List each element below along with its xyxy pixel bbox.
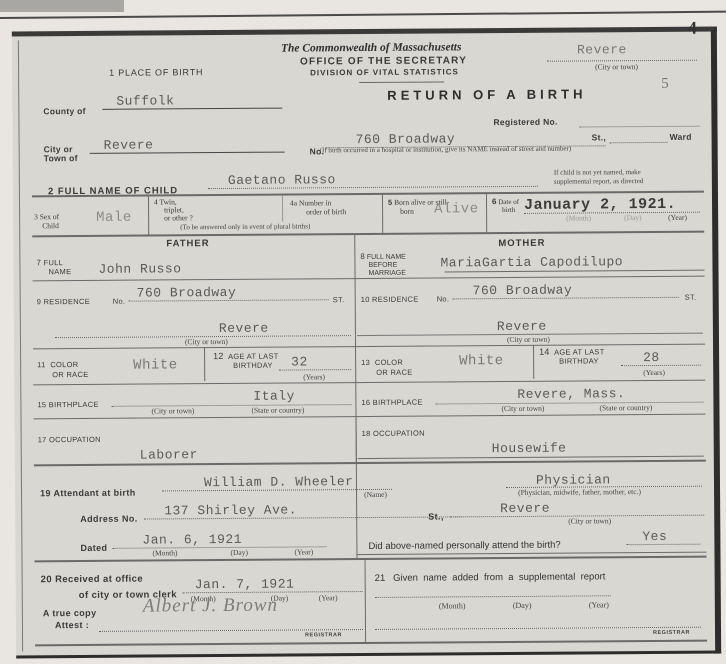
ward-label: Ward <box>670 132 692 142</box>
mother-age-num: 14 <box>539 347 550 357</box>
supplemental-caption-day: (Day) <box>513 601 532 610</box>
mother-age-label: 14 AGE AT LAST BIRTHDAY <box>539 347 605 365</box>
mother-name-label-2: BEFORE <box>360 262 397 269</box>
dated-caption-year: (Year) <box>294 547 313 556</box>
dob-label-text-1: Date of <box>498 198 519 206</box>
dated-label: Dated <box>80 543 107 553</box>
father-birthplace-city-caption: (City or town) <box>151 406 194 415</box>
registered-no-line <box>579 126 699 128</box>
attest-label: Attest : <box>55 620 89 630</box>
father-color-divider <box>204 347 205 381</box>
mother-name-label: 8 FULL NAME BEFORE MARRIAGE <box>360 253 406 278</box>
certificate-body: 4 The Commonwealth of Massachusetts OFFI… <box>18 36 709 652</box>
sex-label-text-1: Sex of <box>40 212 59 221</box>
father-color-label-1: COLOR <box>50 360 78 369</box>
dated-caption-day: (Day) <box>230 548 248 557</box>
mother-age-field: 28 <box>621 350 701 367</box>
father-color-label-2: OR RACE <box>37 370 88 379</box>
rule-mother-birthplace <box>356 414 706 417</box>
dob-caption-month: (Month) <box>566 213 591 222</box>
mother-occupation-label: 18 OCCUPATION <box>362 429 425 438</box>
father-city-field: Revere <box>219 321 269 336</box>
sex-value: Male <box>96 210 132 226</box>
sex-label: 3 Sex of Child <box>34 212 59 230</box>
father-age-label: 12 AGE AT LAST BIRTHDAY <box>213 352 279 370</box>
mother-color-field: White <box>459 353 504 369</box>
col-divider-alive <box>486 194 487 232</box>
header-city-caption: (City or town) <box>595 62 638 71</box>
dated-field: Jan. 6, 1921 <box>112 531 326 548</box>
rule-father-residence <box>33 346 355 349</box>
header-ornament-rule <box>359 81 444 83</box>
header-city-value: Revere <box>577 42 627 57</box>
true-copy-label: A true copy <box>43 608 97 618</box>
mother-occupation-line <box>358 456 704 459</box>
father-occupation-end <box>356 416 357 462</box>
mother-birthplace-city-caption: (City or town) <box>501 404 544 413</box>
address-field: 137 Shirley Ave. <box>144 501 462 519</box>
unnamed-note-2: supplemental report, as directed <box>554 177 643 186</box>
attend-answer-rule <box>356 552 706 555</box>
mother-color-num: 13 <box>361 358 370 367</box>
mother-name-field: MariaGartia Capodilupo <box>440 254 623 270</box>
alive-value: Alive <box>434 201 479 217</box>
father-residence-field: 760 Broadway <box>129 284 329 301</box>
alive-label-num: 5 <box>388 198 392 207</box>
father-name-label-2: NAME <box>36 267 71 276</box>
father-name-num: 7 <box>36 258 41 267</box>
order-label-text-2: order of birth <box>290 207 346 216</box>
registrar-label-left: REGISTRAR <box>305 632 342 638</box>
father-name-label-1: FULL <box>44 258 64 267</box>
office-heading: OFFICE OF THE SECRETARY <box>300 55 467 67</box>
rule-bottom <box>35 640 707 647</box>
supplemental-caption-month: (Month) <box>439 601 466 610</box>
received-caption-year: (Year) <box>319 593 338 602</box>
father-residence-no-label: No. <box>113 297 126 306</box>
dob-caption-day: (Day) <box>624 213 642 222</box>
registered-no-label: Registered No. <box>493 117 557 127</box>
received-label-1: 20 Received at office <box>41 574 143 586</box>
mother-residence-label: 10 RESIDENCE <box>361 295 419 304</box>
mother-color-divider <box>533 345 534 379</box>
father-birthplace-state-caption: (State or country) <box>251 405 304 414</box>
father-name-label: 7 FULL NAME <box>36 258 71 276</box>
order-label: 4a Number in order of birth <box>290 198 346 216</box>
county-field: Suffolk <box>102 93 282 110</box>
father-city-caption: (City or town) <box>185 337 228 346</box>
mother-age-label-1: AGE AT LAST <box>554 347 605 356</box>
ward-line <box>610 142 668 143</box>
father-age-caption: (Years) <box>303 372 325 381</box>
father-birthplace-field: Italy <box>253 389 295 404</box>
dated-caption-month: (Month) <box>152 548 177 557</box>
address-city-field: Revere <box>500 501 550 516</box>
dob-label: 6 Date of birth <box>492 198 519 214</box>
registrar-label-right: REGISTRAR <box>653 630 690 636</box>
address-label: Address No. <box>80 514 137 524</box>
attendant-name-field: William D. Wheeler <box>162 474 392 492</box>
mother-name-label-3: MARRIAGE <box>360 270 405 277</box>
mother-birthplace-label: 16 BIRTHPLACE <box>361 398 422 407</box>
rule-mother-color <box>355 380 705 383</box>
unnamed-note-1: If child is not yet named, make <box>554 168 641 177</box>
mother-occupation-field: Housewife <box>492 441 567 457</box>
rule-father-name <box>33 278 355 281</box>
mother-name-label-1: FULL NAME <box>367 254 406 261</box>
attendant-label: 19 Attendant at birth <box>40 488 136 499</box>
mother-birthplace-field: Revere, Mass. <box>517 386 625 402</box>
dob-label-num: 6 <box>492 197 497 206</box>
birth-certificate: 4 The Commonwealth of Massachusetts OFFI… <box>12 27 721 659</box>
st-label: St., <box>592 132 607 142</box>
mother-birthplace-line <box>435 402 703 405</box>
supplemental-caption-year: (Year) <box>589 600 609 609</box>
mother-name-num: 8 <box>360 252 365 261</box>
father-age-label-2: BIRTHDAY <box>213 361 273 370</box>
mother-age-label-2: BIRTHDAY <box>539 356 599 365</box>
father-heading: FATHER <box>166 238 209 249</box>
rule-mother-name <box>355 276 705 279</box>
father-residence-st: ST. <box>333 295 345 304</box>
dob-caption-year: (Year) <box>668 213 687 222</box>
mother-color-label-2: OR RACE <box>361 368 412 377</box>
mother-residence-field: 760 Broadway <box>453 282 679 300</box>
father-age-num: 12 <box>213 351 224 361</box>
father-color-field: White <box>133 357 178 373</box>
place-of-birth-heading: 1 PLACE OF BIRTH <box>109 67 203 78</box>
twin-label: 4 Twin, triplet, or other ? <box>154 198 193 222</box>
col-divider-sex <box>148 197 149 235</box>
father-age-field: 32 <box>279 354 351 371</box>
father-name-field: John Russo <box>98 261 181 277</box>
document-title: RETURN OF A BIRTH <box>387 86 586 102</box>
mother-age-caption: (Years) <box>643 368 665 377</box>
plural-births-note: (To be answered only in event of plural … <box>180 222 310 231</box>
supplemental-date-line <box>375 595 611 598</box>
attendant-name-caption: (Name) <box>364 490 387 499</box>
mother-birthplace-state-caption: (State or country) <box>599 403 652 412</box>
attend-question: Did above-named personally attend the bi… <box>368 540 560 552</box>
rule-mother-residence <box>355 344 705 347</box>
father-occupation-label: 17 OCCUPATION <box>38 435 101 444</box>
mother-residence-no-label: No. <box>437 294 450 303</box>
mother-color-label-1: COLOR <box>375 358 403 367</box>
rule-above-attendant <box>34 460 706 467</box>
rule-above-parents <box>32 231 704 238</box>
col-divider-twin <box>282 196 283 222</box>
order-label-num: 4a <box>290 198 297 207</box>
registrar-signature: Albert J. Brown <box>143 595 278 618</box>
mother-city-field: Revere <box>497 319 547 334</box>
father-color-label: 11 COLOR OR RACE <box>37 360 88 380</box>
attend-answer-field: Yes <box>626 529 700 546</box>
sex-label-text-2: Child <box>34 221 59 230</box>
rule-above-received <box>35 556 707 563</box>
address-city-caption: (City or town) <box>568 516 611 525</box>
dob-label-text-2: birth <box>492 206 515 214</box>
alive-label-text-2: born <box>388 207 414 216</box>
father-occupation-field: Laborer <box>140 447 198 462</box>
received-date-field: Jan. 7, 1921 <box>183 576 363 593</box>
page-number: 4 <box>688 18 697 39</box>
supplemental-label: 21 Given name added from a supplemental … <box>375 571 606 584</box>
order-label-text-1: Number in <box>299 198 331 207</box>
father-color-num: 11 <box>37 360 45 369</box>
father-birthplace-line <box>111 404 351 407</box>
commonwealth-heading: The Commonwealth of Massachusetts <box>281 41 462 54</box>
child-name-field: Gaetano Russo <box>208 171 538 189</box>
attendant-role-caption: (Physician, midwife, father, mother, etc… <box>518 487 641 497</box>
sex-label-num: 3 <box>34 212 38 221</box>
father-residence-label: 9 RESIDENCE <box>37 297 90 306</box>
division-heading: DIVISION OF VITAL STATISTICS <box>310 67 459 77</box>
twin-label-text-3: or other ? <box>154 213 193 222</box>
background-scan-edge <box>0 0 124 12</box>
city-label-2: Town of <box>44 153 78 163</box>
mother-color-label: 13 COLOR OR RACE <box>361 358 412 378</box>
address-st-label: St., <box>428 511 444 521</box>
col-divider-order <box>382 195 383 233</box>
street-caption: (If birth occurred in a hospital or inst… <box>320 145 572 155</box>
rule-father-color <box>33 382 355 385</box>
father-age-label-1: AGE AT LAST <box>228 352 279 361</box>
corner-mark: 5 <box>661 76 669 93</box>
mother-city-caption: (City or town) <box>507 335 550 344</box>
county-label: County of <box>43 106 85 116</box>
bottom-center-divider <box>365 560 367 642</box>
city-field: Revere <box>90 137 285 154</box>
father-birthplace-label: 15 BIRTHPLACE <box>37 400 98 409</box>
rule-father-birthplace <box>34 416 356 419</box>
mother-residence-st: ST. <box>685 293 697 302</box>
mother-heading: MOTHER <box>498 238 545 249</box>
